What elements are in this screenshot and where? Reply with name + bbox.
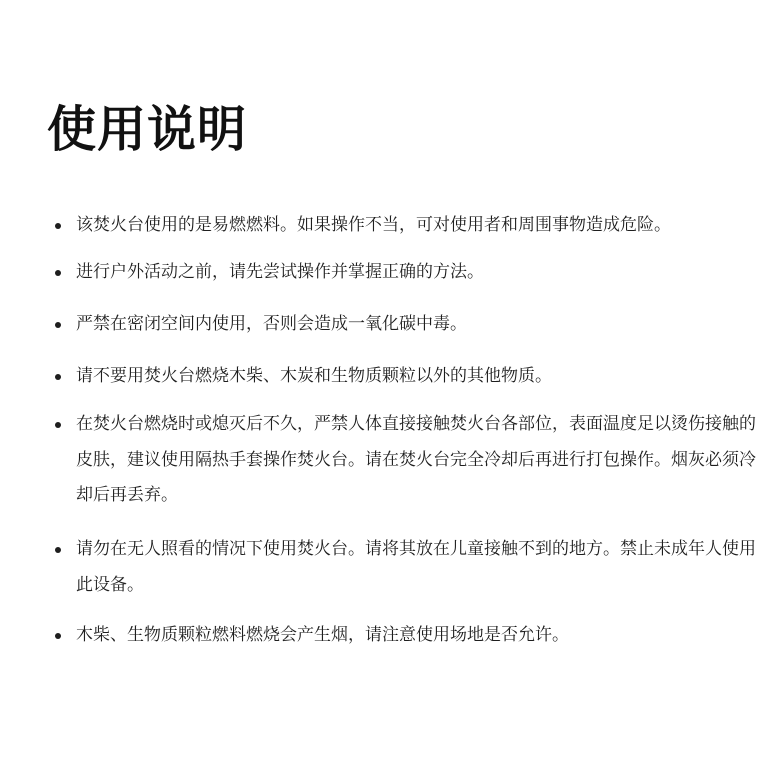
list-item-text: 木柴、生物质颗粒燃料燃烧会产生烟，请注意使用场地是否允许。: [76, 625, 569, 645]
list-item-text: 请不要用焚火台燃烧木柴、木炭和生物质颗粒以外的其他物质。: [76, 366, 552, 386]
list-item-text: 严禁在密闭空间内使用，否则会造成一氧化碳中毒。: [76, 314, 467, 334]
bullet-icon: [55, 422, 61, 428]
list-item-text: 请勿在无人照看的情况下使用焚火台。请将其放在儿童接触不到的地方。禁止未成年人使用…: [76, 539, 756, 595]
bullet-icon: [55, 547, 61, 553]
list-item-text: 该焚火台使用的是易燃燃料。如果操作不当，可对使用者和周围事物造成危险。: [76, 215, 671, 235]
list-item: 严禁在密闭空间内使用，否则会造成一氧化碳中毒。: [76, 307, 756, 343]
list-item: 在焚火台燃烧时或熄灭后不久，严禁人体直接接触焚火台各部位，表面温度足以烫伤接触的…: [76, 407, 756, 514]
bullet-icon: [55, 374, 61, 380]
list-item: 进行户外活动之前，请先尝试操作并掌握正确的方法。: [76, 255, 756, 291]
list-item: 该焚火台使用的是易燃燃料。如果操作不当，可对使用者和周围事物造成危险。: [76, 208, 756, 244]
list-item: 请不要用焚火台燃烧木柴、木炭和生物质颗粒以外的其他物质。: [76, 359, 756, 395]
bullet-icon: [55, 223, 61, 229]
list-item: 请勿在无人照看的情况下使用焚火台。请将其放在儿童接触不到的地方。禁止未成年人使用…: [76, 532, 756, 603]
list-item-text: 进行户外活动之前，请先尝试操作并掌握正确的方法。: [76, 262, 484, 282]
list-item-text: 在焚火台燃烧时或熄灭后不久，严禁人体直接接触焚火台各部位，表面温度足以烫伤接触的…: [76, 414, 756, 505]
bullet-icon: [55, 633, 61, 639]
list-item: 木柴、生物质颗粒燃料燃烧会产生烟，请注意使用场地是否允许。: [76, 618, 756, 654]
bullet-icon: [55, 270, 61, 276]
page-title: 使用说明: [47, 98, 247, 162]
bullet-icon: [55, 322, 61, 328]
